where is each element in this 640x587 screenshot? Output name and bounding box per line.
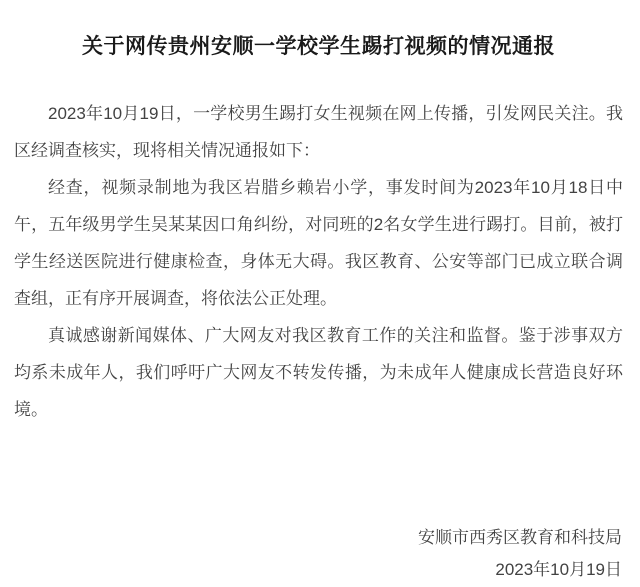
notice-body: 2023年10月19日，一学校男生踢打女生视频在网上传播，引发网民关注。我区经调… (14, 95, 623, 428)
signature-org: 安顺市西秀区教育和科技局 (14, 522, 622, 554)
page-title: 关于网传贵州安顺一学校学生踢打视频的情况通报 (14, 32, 623, 62)
notice-paragraph-2: 经查，视频录制地为我区岩腊乡赖岩小学，事发时间为2023年10月18日中午，五年… (14, 169, 623, 317)
signature-block: 安顺市西秀区教育和科技局 2023年10月19日 (14, 522, 623, 586)
signature-date: 2023年10月19日 (14, 554, 622, 586)
notice-document: 关于网传贵州安顺一学校学生踢打视频的情况通报 2023年10月19日，一学校男生… (0, 0, 640, 587)
notice-paragraph-1: 2023年10月19日，一学校男生踢打女生视频在网上传播，引发网民关注。我区经调… (14, 95, 623, 169)
notice-paragraph-3: 真诚感谢新闻媒体、广大网友对我区教育工作的关注和监督。鉴于涉事双方均系未成年人，… (14, 317, 623, 428)
